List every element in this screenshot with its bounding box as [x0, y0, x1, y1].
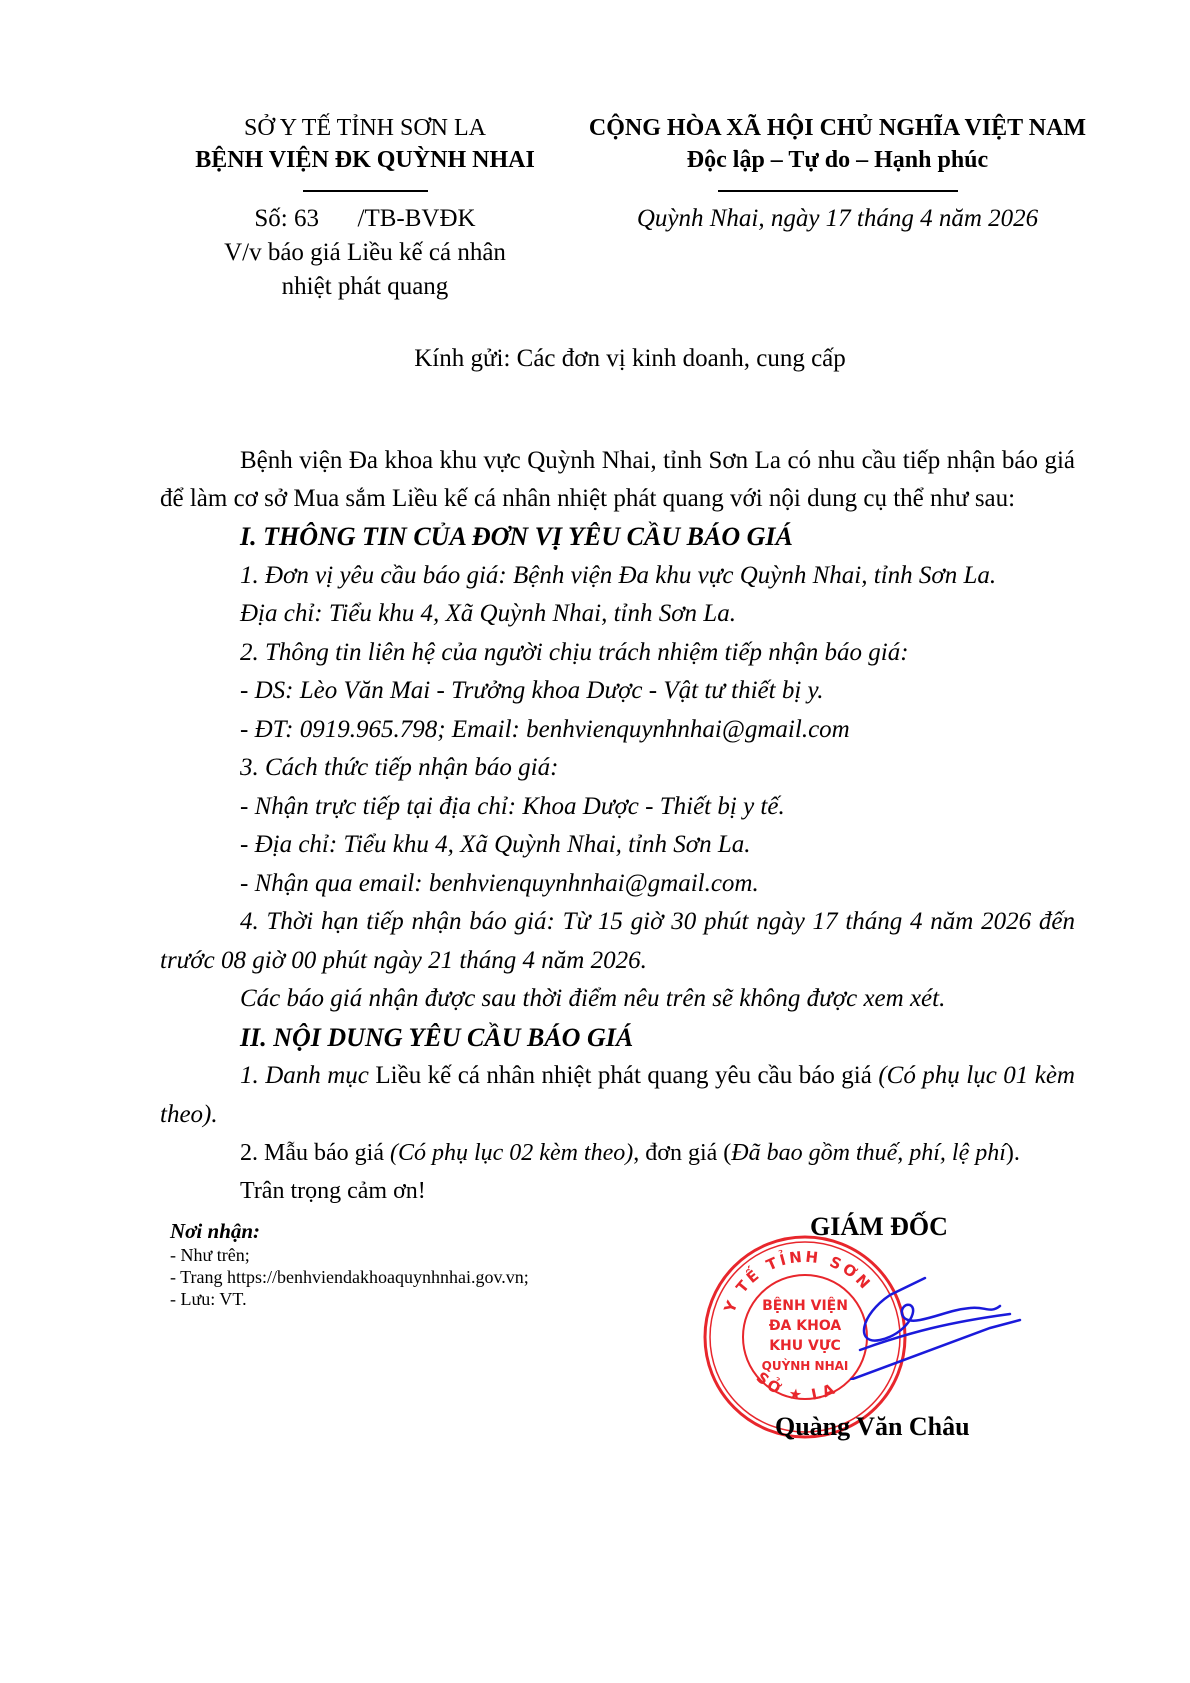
document-number: Số: 63 /TB-BVĐK [150, 202, 580, 236]
section-2-item-2: 2. Mẫu báo giá (Có phụ lục 02 kèm theo),… [160, 1134, 1075, 1173]
item-1-prefix: 1. Danh mục [240, 1062, 369, 1089]
section-1-item: - DS: Lèo Văn Mai - Trưởng khoa Dược - V… [240, 672, 1075, 711]
section-1-item: 3. Cách thức tiếp nhận báo giá: [240, 749, 1075, 788]
recipient-item: - Trang https://benhviendakhoaquynhnhai.… [170, 1266, 529, 1288]
recipients-title: Nơi nhận: [170, 1218, 529, 1244]
svg-text:QUỲNH NHAI: QUỲNH NHAI [762, 1358, 849, 1373]
item-2-mid: , đơn giá ( [633, 1140, 731, 1166]
doc-number-value: 63 [294, 205, 319, 232]
signer-name: Quàng Văn Châu [775, 1412, 970, 1442]
recipient-item: - Lưu: VT. [170, 1288, 529, 1310]
section-1-item: - Nhận qua email: benhvienquynhnhai@gmai… [240, 865, 1075, 904]
svg-text:KHU VỰC: KHU VỰC [769, 1338, 841, 1354]
header-right-divider [718, 190, 958, 192]
item-2-appendix: (Có phụ lục 02 kèm theo) [390, 1140, 633, 1166]
deadline-paragraph: 4. Thời hạn tiếp nhận báo giá: Từ 15 giờ… [160, 903, 1075, 980]
header-right: CỘNG HÒA XÃ HỘI CHỦ NGHĨA VIỆT NAM Độc l… [565, 112, 1110, 236]
intro-paragraph: Bệnh viện Đa khoa khu vực Quỳnh Nhai, tỉ… [160, 442, 1075, 518]
section-1-item: Địa chỉ: Tiểu khu 4, Xã Quỳnh Nhai, tỉnh… [240, 595, 1075, 634]
handwritten-signature-icon [850, 1270, 1050, 1380]
organization-name: BỆNH VIỆN ĐK QUỲNH NHAI [150, 144, 580, 176]
section-1-item: 2. Thông tin liên hệ của người chịu trác… [240, 634, 1075, 673]
recipient-line: Kính gửi: Các đơn vị kinh doanh, cung cấ… [150, 342, 1110, 376]
section-1: I. THÔNG TIN CỦA ĐƠN VỊ YÊU CẦU BÁO GIÁ … [160, 518, 1075, 903]
late-submission-note: Các báo giá nhận được sau thời điểm nêu … [240, 980, 1075, 1019]
recipients-block: Nơi nhận: - Như trên; - Trang https://be… [170, 1218, 529, 1310]
ministry-name: SỞ Y TẾ TỈNH SƠN LA [150, 112, 580, 144]
doc-number-suffix: /TB-BVĐK [358, 205, 476, 232]
svg-text:SỞ ★ LA: SỞ ★ LA [753, 1368, 840, 1404]
svg-text:BỆNH VIỆN: BỆNH VIỆN [762, 1296, 848, 1314]
closing-line: Trân trọng cảm ơn! [160, 1173, 1075, 1209]
item-1-text: Liều kế cá nhân nhiệt phát quang yêu cầu… [369, 1062, 878, 1089]
item-2-end: ). [1006, 1140, 1020, 1166]
doc-number-label: Số: [254, 205, 287, 232]
header-left-divider [303, 190, 428, 192]
item-2-note: Đã bao gồm thuế, phí, lệ phí [731, 1140, 1006, 1166]
section-1-heading: I. THÔNG TIN CỦA ĐƠN VỊ YÊU CẦU BÁO GIÁ [240, 518, 1075, 557]
svg-text:ĐA KHOA: ĐA KHOA [769, 1318, 842, 1334]
section-1-item: - Địa chỉ: Tiểu khu 4, Xã Quỳnh Nhai, tỉ… [240, 826, 1075, 865]
nation-name: CỘNG HÒA XÃ HỘI CHỦ NGHĨA VIỆT NAM [565, 112, 1110, 144]
item-2-prefix: 2. Mẫu báo giá [240, 1140, 390, 1166]
section-1-item: - ĐT: 0919.965.798; Email: benhvienquynh… [240, 711, 1075, 750]
recipient-item: - Như trên; [170, 1244, 529, 1266]
national-motto: Độc lập – Tự do – Hạnh phúc [565, 144, 1110, 176]
section-1-item: 1. Đơn vị yêu cầu báo giá: Bệnh viện Đa … [240, 557, 1075, 596]
section-2-heading: II. NỘI DUNG YÊU CẦU BÁO GIÁ [240, 1019, 1075, 1058]
place-date: Quỳnh Nhai, ngày 17 tháng 4 năm 2026 [565, 202, 1110, 236]
subject-line-1: V/v báo giá Liều kế cá nhân [150, 236, 580, 270]
section-1-item: - Nhận trực tiếp tại địa chỉ: Khoa Dược … [240, 788, 1075, 827]
document-body: Bệnh viện Đa khoa khu vực Quỳnh Nhai, tỉ… [160, 442, 1075, 1209]
subject-line-2: nhiệt phát quang [150, 270, 580, 304]
header-left: SỞ Y TẾ TỈNH SƠN LA BỆNH VIỆN ĐK QUỲNH N… [150, 112, 580, 304]
section-2-item-1: 1. Danh mục Liều kế cá nhân nhiệt phát q… [160, 1057, 1075, 1134]
